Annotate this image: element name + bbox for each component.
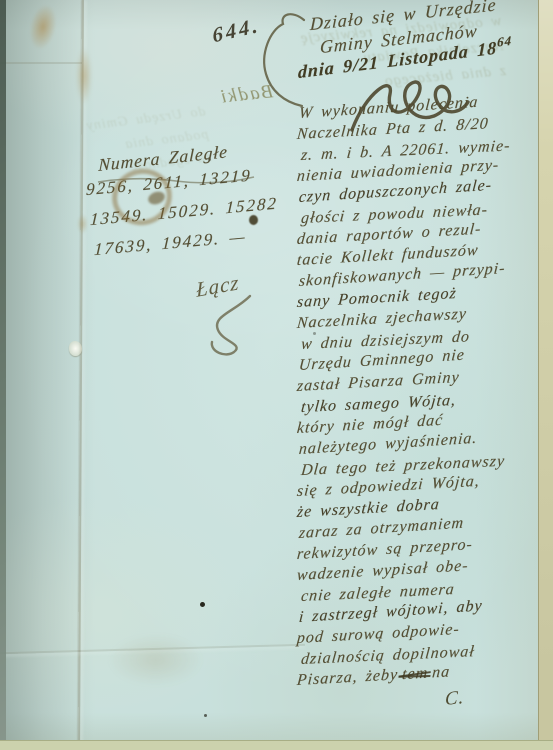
ink-speck (200, 602, 205, 607)
underlying-page-bottom-band (0, 740, 553, 750)
stain-lower-left (108, 634, 203, 686)
catchword: C. (445, 687, 465, 711)
manuscript-page: w odpowiedzi na rekwizycję Naczelnika Po… (0, 0, 553, 750)
stain-fold-mid (77, 214, 88, 234)
body-text-column: W wykonaniu polecenia Naczelnika Pta z d… (296, 103, 553, 691)
struck-word: tem (401, 665, 429, 684)
ink-blot (249, 215, 258, 225)
ink-speck (204, 714, 207, 717)
last-line-after: na (431, 663, 450, 681)
last-line-before: Pisarza, żeby (296, 666, 399, 689)
binding-edge (0, 0, 6, 750)
date-year-superscript: 64 (497, 33, 512, 50)
stain-fold-upper (76, 48, 92, 104)
paper-chip (69, 341, 82, 356)
margin-numbers-line: 17639, 19429. — (93, 227, 247, 261)
signature-tail-flourish (188, 294, 278, 354)
crease-top-left (0, 62, 82, 64)
